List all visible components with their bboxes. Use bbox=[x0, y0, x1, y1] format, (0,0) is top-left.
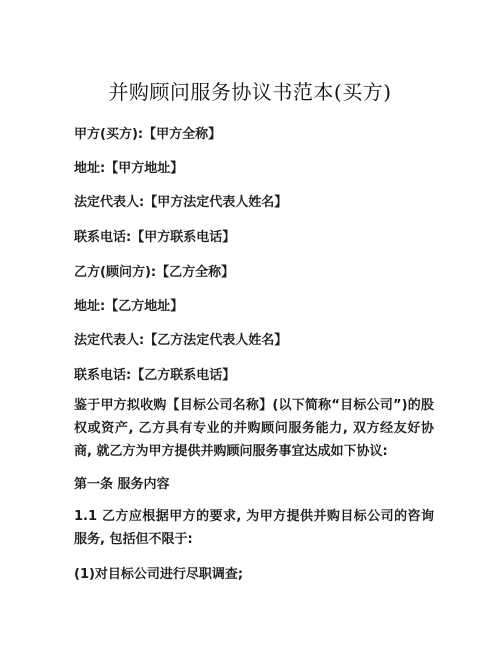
article-1-heading: 第一条 服务内容 bbox=[74, 473, 170, 492]
party-b-name: 乙方(顾问方):【乙方全称】 bbox=[74, 261, 234, 280]
document-title: 并购顾问服务协议书范本(买方) bbox=[0, 76, 500, 105]
preamble-paragraph: 鉴于甲方拟收购【目标公司名称】(以下简称“目标公司”)的股权或资产, 乙方具有专… bbox=[74, 394, 434, 463]
clause-1-1: 1.1 乙方应根据甲方的要求, 为甲方提供并购目标公司的咨询服务, 包括但不限于… bbox=[74, 505, 434, 551]
party-b-address: 地址:【乙方地址】 bbox=[74, 295, 183, 314]
party-a-address: 地址:【甲方地址】 bbox=[74, 157, 183, 176]
party-a-legal-rep: 法定代表人:【甲方法定代表人姓名】 bbox=[74, 191, 287, 210]
party-a-phone: 联系电话:【甲方联系电话】 bbox=[74, 226, 235, 245]
party-b-legal-rep: 法定代表人:【乙方法定代表人姓名】 bbox=[74, 329, 287, 348]
party-a-name: 甲方(买方):【甲方全称】 bbox=[74, 123, 221, 142]
party-b-phone: 联系电话:【乙方联系电话】 bbox=[74, 364, 235, 383]
clause-1-1-item-1: (1)对目标公司进行尽职调查; bbox=[74, 563, 243, 582]
